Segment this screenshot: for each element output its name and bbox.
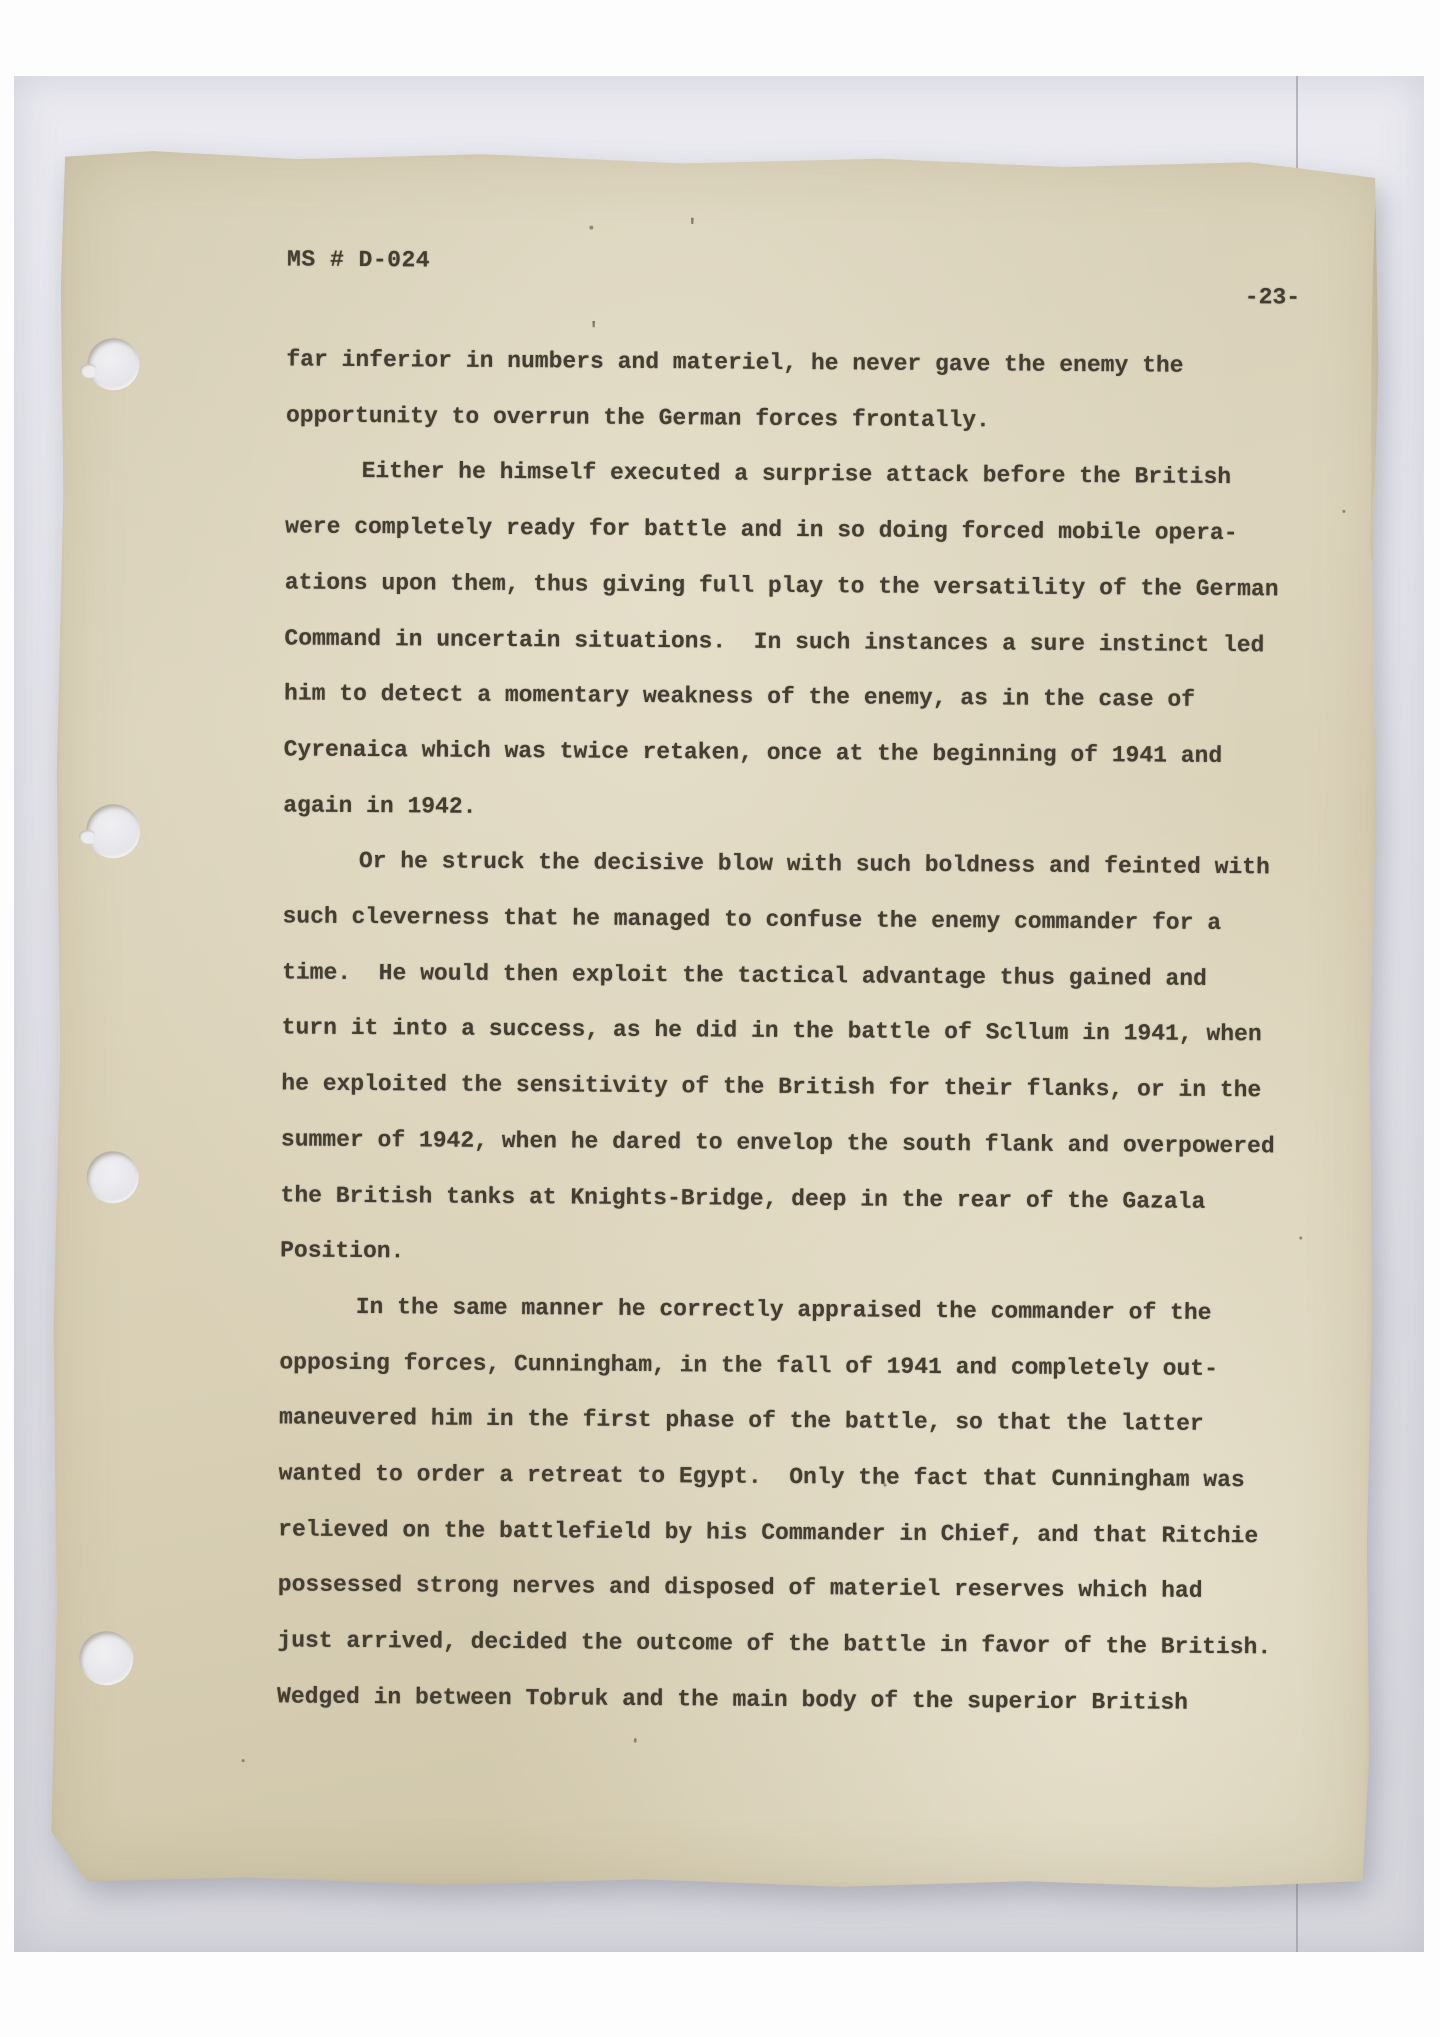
text-line: him to detect a momentary weakness of th… xyxy=(284,667,1344,730)
punch-hole xyxy=(86,804,140,858)
paper-speck xyxy=(634,1738,637,1743)
text-line: opportunity to overrun the German forces… xyxy=(286,388,1346,451)
document-page: MS # D-024 -23- far inferior in numbers … xyxy=(48,148,1382,1893)
text-line: Either he himself executed a surprise at… xyxy=(285,444,1345,507)
paper-speck xyxy=(1299,1237,1302,1240)
paper-speck xyxy=(884,1484,887,1487)
punch-hole xyxy=(79,1631,133,1685)
text-line: Cyrenaica which was twice retaken, once … xyxy=(283,722,1343,785)
text-line: ations upon them, thus giving full play … xyxy=(285,555,1345,618)
text-line: turn it into a success, as he did in the… xyxy=(282,1001,1342,1064)
paper-speck xyxy=(589,226,593,230)
text-line: possessed strong nerves and disposed of … xyxy=(278,1558,1338,1621)
text-line: Position. xyxy=(280,1224,1340,1287)
text-line: such cleverness that he managed to confu… xyxy=(282,889,1342,952)
text-line: the British tanks at Knights-Bridge, dee… xyxy=(280,1168,1340,1231)
text-line: he exploited the sensitivity of the Brit… xyxy=(281,1057,1341,1120)
text-line: In the same manner he correctly appraise… xyxy=(280,1279,1340,1342)
text-line: time. He would then exploit the tactical… xyxy=(282,945,1342,1008)
document-page-wrapper: MS # D-024 -23- far inferior in numbers … xyxy=(55,152,1377,1888)
text-line: were completely ready for battle and in … xyxy=(285,500,1345,563)
page-number: -23- xyxy=(1245,284,1300,310)
paper-speck: ' xyxy=(588,320,600,343)
paper-speck: ' xyxy=(686,216,698,239)
text-line: wanted to order a retreat to Egypt. Only… xyxy=(278,1446,1338,1509)
text-line: opposing forces, Cunningham, in the fall… xyxy=(279,1335,1339,1398)
text-line: again in 1942. xyxy=(283,778,1343,841)
punch-hole xyxy=(87,338,139,390)
text-line: summer of 1942, when he dared to envelop… xyxy=(281,1112,1341,1175)
paper-speck xyxy=(242,1759,245,1762)
text-line: Command in uncertain situations. In such… xyxy=(284,611,1344,674)
text-block: far inferior in numbers and materiel, he… xyxy=(277,332,1347,1732)
text-line: relieved on the battlefield by his Comma… xyxy=(278,1502,1338,1565)
manuscript-id: MS # D-024 xyxy=(287,246,430,273)
text-line: just arrived, decided the outcome of the… xyxy=(277,1614,1337,1677)
text-line: far inferior in numbers and materiel, he… xyxy=(286,332,1346,395)
paper-speck xyxy=(1342,510,1345,513)
text-line: Wedged in between Tobruk and the main bo… xyxy=(277,1669,1337,1732)
punch-hole xyxy=(86,1151,138,1203)
text-line: Or he struck the decisive blow with such… xyxy=(283,834,1343,897)
text-line: maneuvered him in the first phase of the… xyxy=(279,1391,1339,1454)
